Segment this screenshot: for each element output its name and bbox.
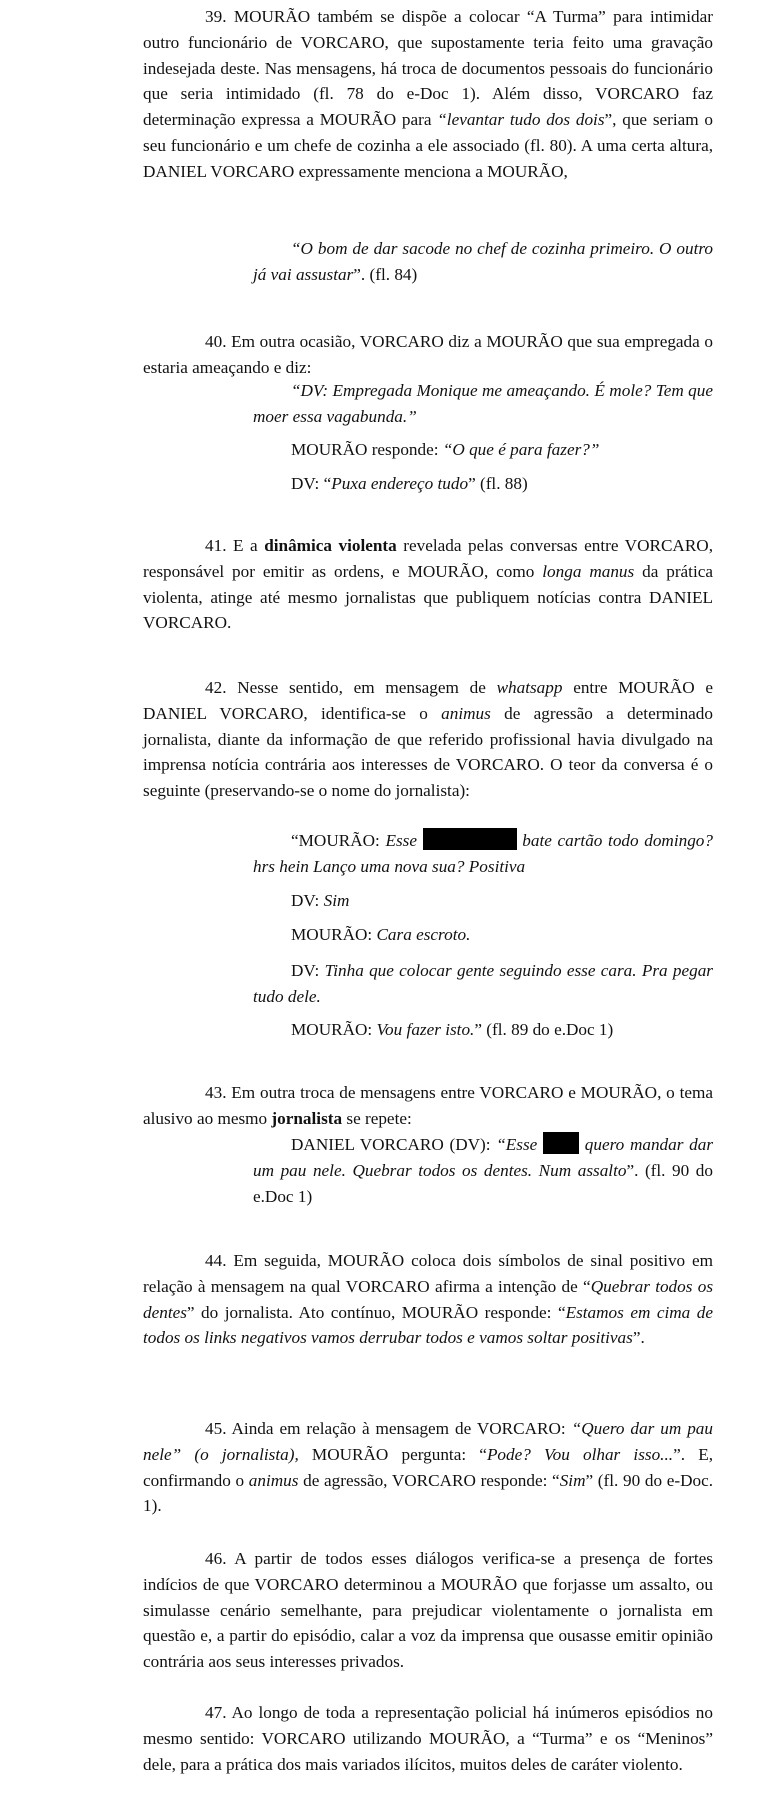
quote-43: DANIEL VORCARO (DV): “Esse quero mandar … [253, 1132, 713, 1209]
paragraph-45: 45. Ainda em relação à mensagem de VORCA… [143, 1416, 713, 1519]
paragraph-number: 39. [205, 7, 226, 26]
quote-39: “O bom de dar sacode no chef de cozinha … [253, 236, 713, 288]
paragraph-number: 41. [205, 536, 226, 555]
quote-40-dv: “DV: Empregada Monique me ameaçando. É m… [253, 378, 713, 430]
paragraph-number: 42. [205, 678, 226, 697]
paragraph-43: 43. Em outra troca de mensagens entre VO… [143, 1080, 713, 1132]
redaction-bar [543, 1132, 579, 1154]
quote-42-line-5: MOURÃO: Vou fazer isto.” (fl. 89 do e.Do… [253, 1017, 713, 1043]
paragraph-number: 47. [205, 1703, 226, 1722]
paragraph-40: 40. Em outra ocasião, VORCARO diz a MOUR… [143, 329, 713, 381]
paragraph-39: 39. MOURÃO também se dispõe a colocar “A… [143, 4, 713, 185]
quote-42-line-3: MOURÃO: Cara escroto. [253, 922, 713, 948]
paragraph-46: 46. A partir de todos esses diálogos ver… [143, 1546, 713, 1675]
document-page: 39. MOURÃO também se dispõe a colocar “A… [0, 0, 770, 1808]
quote-40-dv-reply: DV: “Puxa endereço tudo” (fl. 88) [253, 471, 713, 497]
paragraph-47: 47. Ao longo de toda a representação pol… [143, 1700, 713, 1777]
redaction-bar [423, 828, 517, 850]
paragraph-number: 40. [205, 332, 226, 351]
quote-40-response: MOURÃO responde: “O que é para fazer?” [253, 437, 713, 463]
paragraph-number: 45. [205, 1419, 226, 1438]
paragraph-number: 43. [205, 1083, 226, 1102]
paragraph-44: 44. Em seguida, MOURÃO coloca dois símbo… [143, 1248, 713, 1351]
quote-42-line-4: DV: Tinha que colocar gente seguindo ess… [253, 958, 713, 1010]
paragraph-42: 42. Nesse sentido, em mensagem de whatsa… [143, 675, 713, 804]
quote-42-line-2: DV: Sim [253, 888, 713, 914]
quote-42-line-1: “MOURÃO: Esse bate cartão todo domingo? … [253, 828, 713, 880]
paragraph-number: 44. [205, 1251, 226, 1270]
paragraph-number: 46. [205, 1549, 226, 1568]
paragraph-41: 41. E a dinâmica violenta revelada pelas… [143, 533, 713, 636]
